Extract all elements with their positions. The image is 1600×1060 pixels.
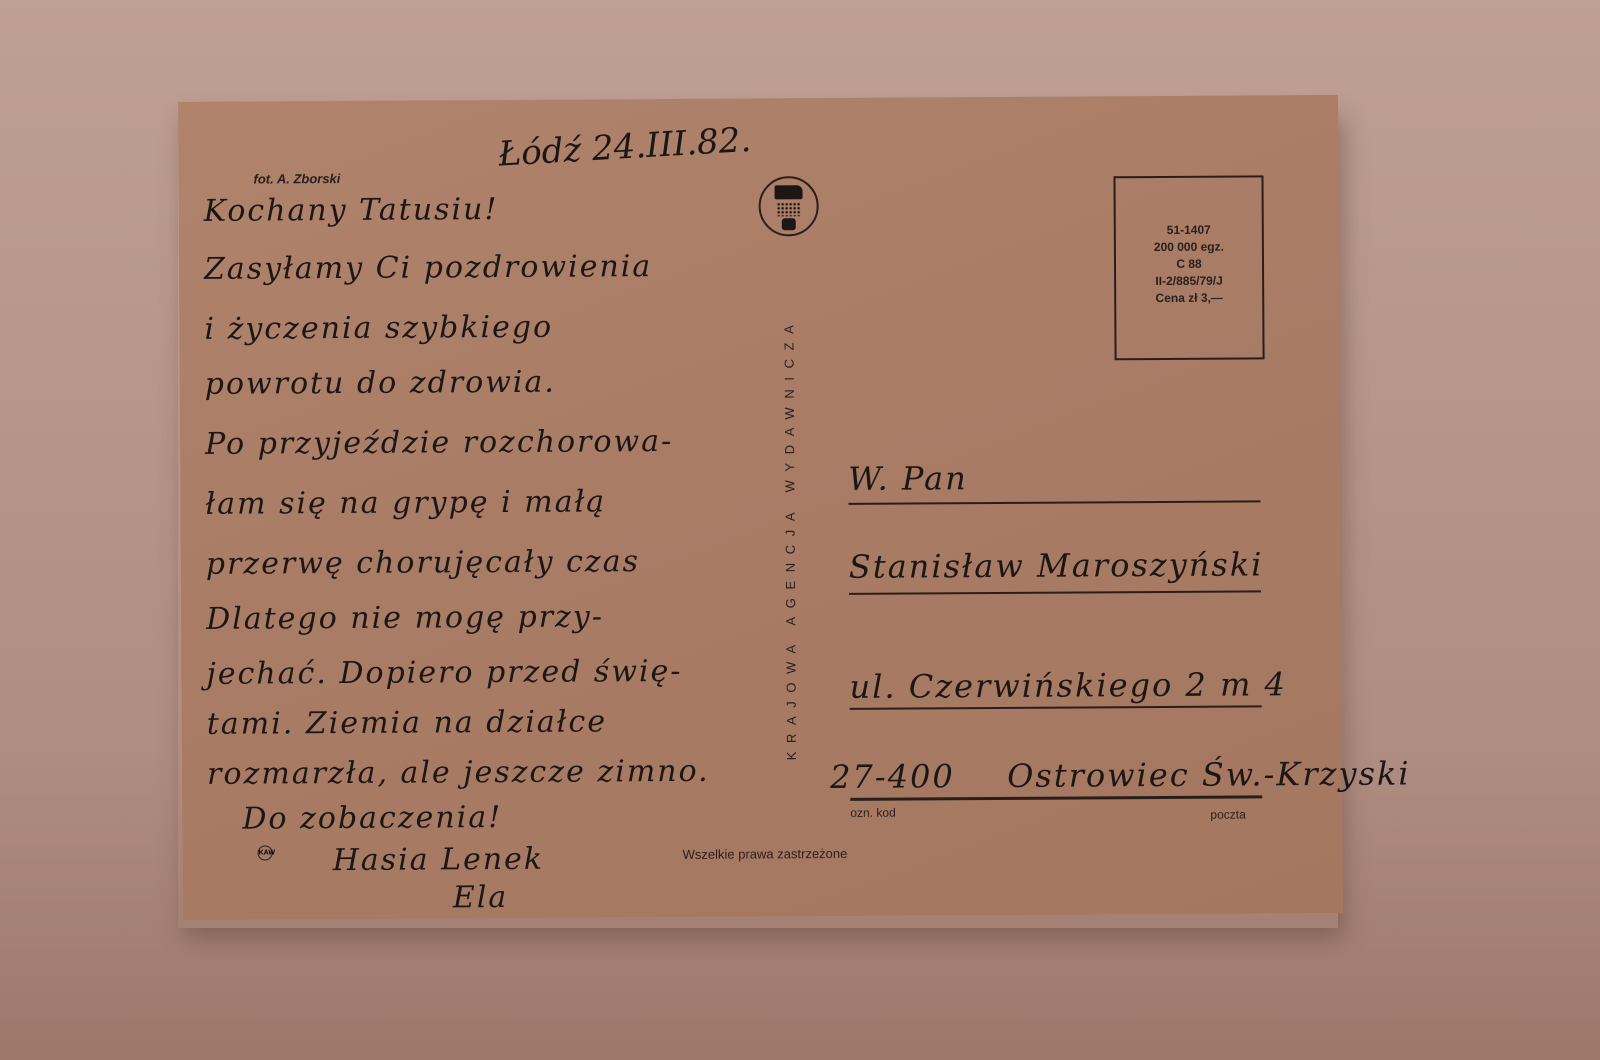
postal-code-label: ozn. kod: [850, 806, 895, 820]
publisher-mark-icon: KAW: [258, 845, 273, 860]
message-line: powrotu do zdrowia.: [205, 365, 556, 402]
address-block: W. Pan Stanisław Maroszyński ul. Czerwiń…: [178, 95, 1338, 102]
signature: Ela: [453, 880, 509, 915]
stamp-line: 51-1407: [1116, 221, 1262, 239]
handwritten-message: Kochany Tatusiu! Zasyłamy Ci pozdrowieni…: [178, 95, 1338, 102]
address-rule: [850, 795, 1262, 801]
stamp-line: Cena zł 3,—: [1116, 289, 1262, 307]
message-line: przerwę chorujęcały czas: [206, 544, 640, 582]
message-line: Dlatego nie mogę przy-: [206, 599, 604, 636]
stamp-line: II-2/885/79/J: [1116, 272, 1262, 290]
message-line: Do zobaczenia!: [242, 800, 502, 837]
photo-credit: fot. A. Zborski: [253, 171, 340, 187]
message-line: Po przyjeździe rozchorowa-: [205, 424, 673, 462]
postcard: fot. A. Zborski Łódź 24.III.82. Kochany …: [178, 95, 1343, 920]
rights-notice: Wszelkie prawa zastrzeżone: [683, 846, 848, 862]
address-rule: [849, 590, 1261, 595]
postal-code: 27-400: [830, 757, 955, 796]
address-line-1: W. Pan: [848, 459, 968, 498]
address-line-2: Stanisław Maroszyński: [849, 545, 1264, 586]
city: Ostrowiec Św.-Krzyski: [1007, 754, 1411, 794]
handwritten-date: Łódź 24.III.82.: [497, 120, 752, 175]
stamp-line: C 88: [1116, 255, 1262, 273]
message-line: Zasyłamy Ci pozdrowienia: [204, 249, 652, 287]
publisher-name: KRAJOWA AGENCJA WYDAWNICZA: [781, 258, 814, 818]
message-line: Kochany Tatusiu!: [204, 192, 499, 229]
kaw-logo-icon: [758, 176, 818, 236]
message-line: i życzenia szybkiego: [204, 310, 553, 347]
message-line: tami. Ziemia na działce: [207, 704, 607, 741]
stamp-box: 51-1407 200 000 egz. C 88 II-2/885/79/J …: [1113, 175, 1264, 360]
stamp-line: 200 000 egz.: [1116, 238, 1262, 256]
address-rule: [848, 500, 1260, 505]
address-rule: [850, 705, 1262, 710]
message-line: rozmarzła, ale jeszcze zimno.: [207, 754, 710, 792]
message-line: łam się na grypę i małą: [205, 484, 606, 521]
address-line-3: ul. Czerwińskiego 2 m 4: [849, 665, 1287, 706]
post-office-label: poczta: [1210, 807, 1245, 821]
message-line: jechać. Dopiero przed świę-: [206, 654, 682, 692]
signature: Hasia Lenek: [333, 842, 545, 878]
